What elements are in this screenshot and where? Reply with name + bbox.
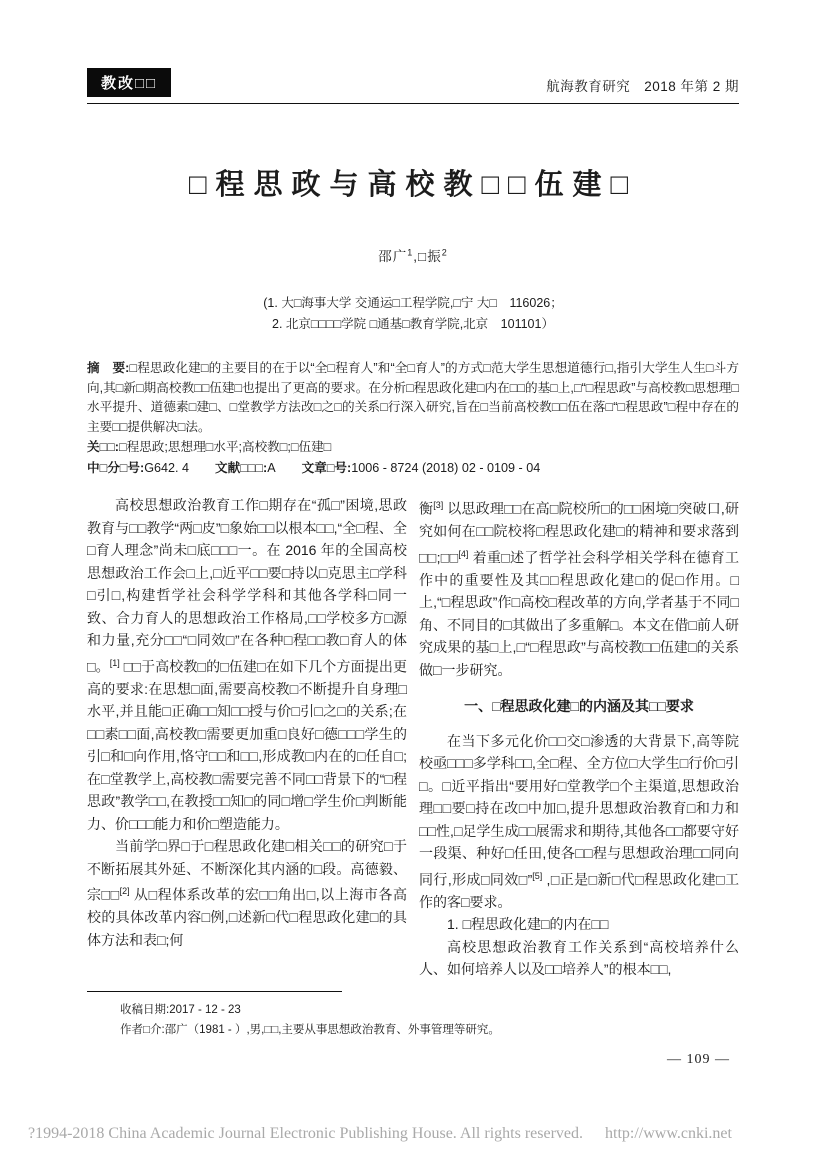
- article-id-value: 1006 - 8724 (2018) 02 - 0109 - 04: [351, 461, 540, 475]
- affiliation-2: 2. 北京□□□□学院 □通基□教育学院,北京 101101）: [87, 314, 739, 335]
- footnote-rule: [87, 991, 342, 992]
- clc-label: 中□分□号:: [87, 461, 144, 475]
- section-badge: 教改□□: [87, 68, 171, 97]
- received-label: 收稿日期:: [120, 1004, 169, 1016]
- author-2: □振: [418, 249, 442, 264]
- body-paragraph: 衡[3] 以思政理□□在高□院校所□的□□困境□突破口,研究如何在□□院校将□程…: [419, 494, 739, 681]
- author-line: 邵广1,□振2: [87, 245, 739, 265]
- subsection-heading: 1. □程思政化建□的内在□□: [419, 913, 739, 936]
- affiliation-1: (1. 大□海事大学 交通运□工程学院,□宁 大□ 116026；: [87, 293, 739, 314]
- right-column: 衡[3] 以思政理□□在高□院校所□的□□困境□突破口,研究如何在□□院校将□程…: [419, 494, 739, 981]
- classification-row: 中□分□号:G642. 4文献□□□:A文章□号:1006 - 8724 (20…: [87, 459, 739, 479]
- section-heading-1: 一、□程思政化建□的内涵及其□□要求: [419, 695, 739, 718]
- received-date-line: 收稿日期:2017 - 12 - 23: [120, 1000, 739, 1020]
- bio-label: 作者□介:: [120, 1024, 165, 1036]
- received-value: 2017 - 12 - 23: [169, 1004, 241, 1016]
- author-bio-line: 作者□介:邵广（1981 - ）,男,□□,主要从事思想政治教育、外事管理等研究…: [120, 1020, 739, 1040]
- page-header: 教改□□ 航海教育研究 2018 年第 2 期: [87, 0, 739, 97]
- keywords-text: □程思政;思想理□水平;高校教□;□伍建□: [119, 440, 331, 454]
- footnote-block: 收稿日期:2017 - 12 - 23 作者□介:邵广（1981 - ）,男,□…: [87, 991, 739, 1040]
- keywords-label: 关□□:: [87, 440, 119, 454]
- page-number: — 109 —: [667, 1052, 730, 1068]
- body-paragraph: 当前学□界□于□程思政化建□相关□□的研究□于不断拓展其外延、不断深化其内涵的□…: [87, 835, 407, 951]
- body-paragraph: 高校思想政治教育工作□期存在“孤□”困境,思政教育与□□教学“两□皮”□象始□□…: [87, 494, 407, 835]
- body-paragraph: 高校思想政治教育工作关系到“高校培养什么人、如何培养人以及□□培养人”的根本□□…: [419, 936, 739, 981]
- cnki-url: http://www.cnki.net: [605, 1125, 732, 1142]
- affiliations: (1. 大□海事大学 交通运□工程学院,□宁 大□ 116026； 2. 北京□…: [87, 293, 739, 335]
- left-column: 高校思想政治教育工作□期存在“孤□”困境,思政教育与□□教学“两□皮”□象始□□…: [87, 494, 407, 981]
- copyright-text: ?1994-2018 China Academic Journal Electr…: [28, 1125, 583, 1142]
- author-1: 邵广: [378, 249, 407, 264]
- body-paragraph: 在当下多元化价□□交□渗透的大背景下,高等院校亟□□□多学科□□,全□程、全方位…: [419, 730, 739, 914]
- keywords-row: 关□□:□程思政;思想理□水平;高校教□;□伍建□: [87, 438, 739, 458]
- journal-issue-label: 航海教育研究 2018 年第 2 期: [546, 75, 739, 97]
- abstract-label: 摘 要:: [87, 361, 129, 375]
- article-id-label: 文章□号:: [302, 461, 352, 475]
- doc-code-label: 文献□□□:: [215, 461, 267, 475]
- body-columns: 高校思想政治教育工作□期存在“孤□”困境,思政教育与□□教学“两□皮”□象始□□…: [87, 494, 739, 981]
- article-title: □程思政与高校教□□伍建□: [87, 162, 739, 203]
- copyright-bar: ?1994-2018 China Academic Journal Electr…: [28, 1125, 808, 1143]
- bio-value: 邵广（1981 - ）,男,□□,主要从事思想政治教育、外事管理等研究。: [165, 1024, 500, 1036]
- doc-code-value: A: [267, 461, 275, 475]
- journal-page: 教改□□ 航海教育研究 2018 年第 2 期 □程思政与高校教□□伍建□ 邵广…: [0, 0, 826, 1169]
- abstract: 摘 要:□程思政化建□的主要目的在于以“全□程育人”和“全□育人”的方式□范大学…: [87, 359, 739, 437]
- header-rule: [87, 103, 739, 104]
- author-2-sup: 2: [442, 248, 448, 258]
- clc-value: G642. 4: [144, 461, 189, 475]
- abstract-text: □程思政化建□的主要目的在于以“全□程育人”和“全□育人”的方式□范大学生思想道…: [87, 361, 739, 434]
